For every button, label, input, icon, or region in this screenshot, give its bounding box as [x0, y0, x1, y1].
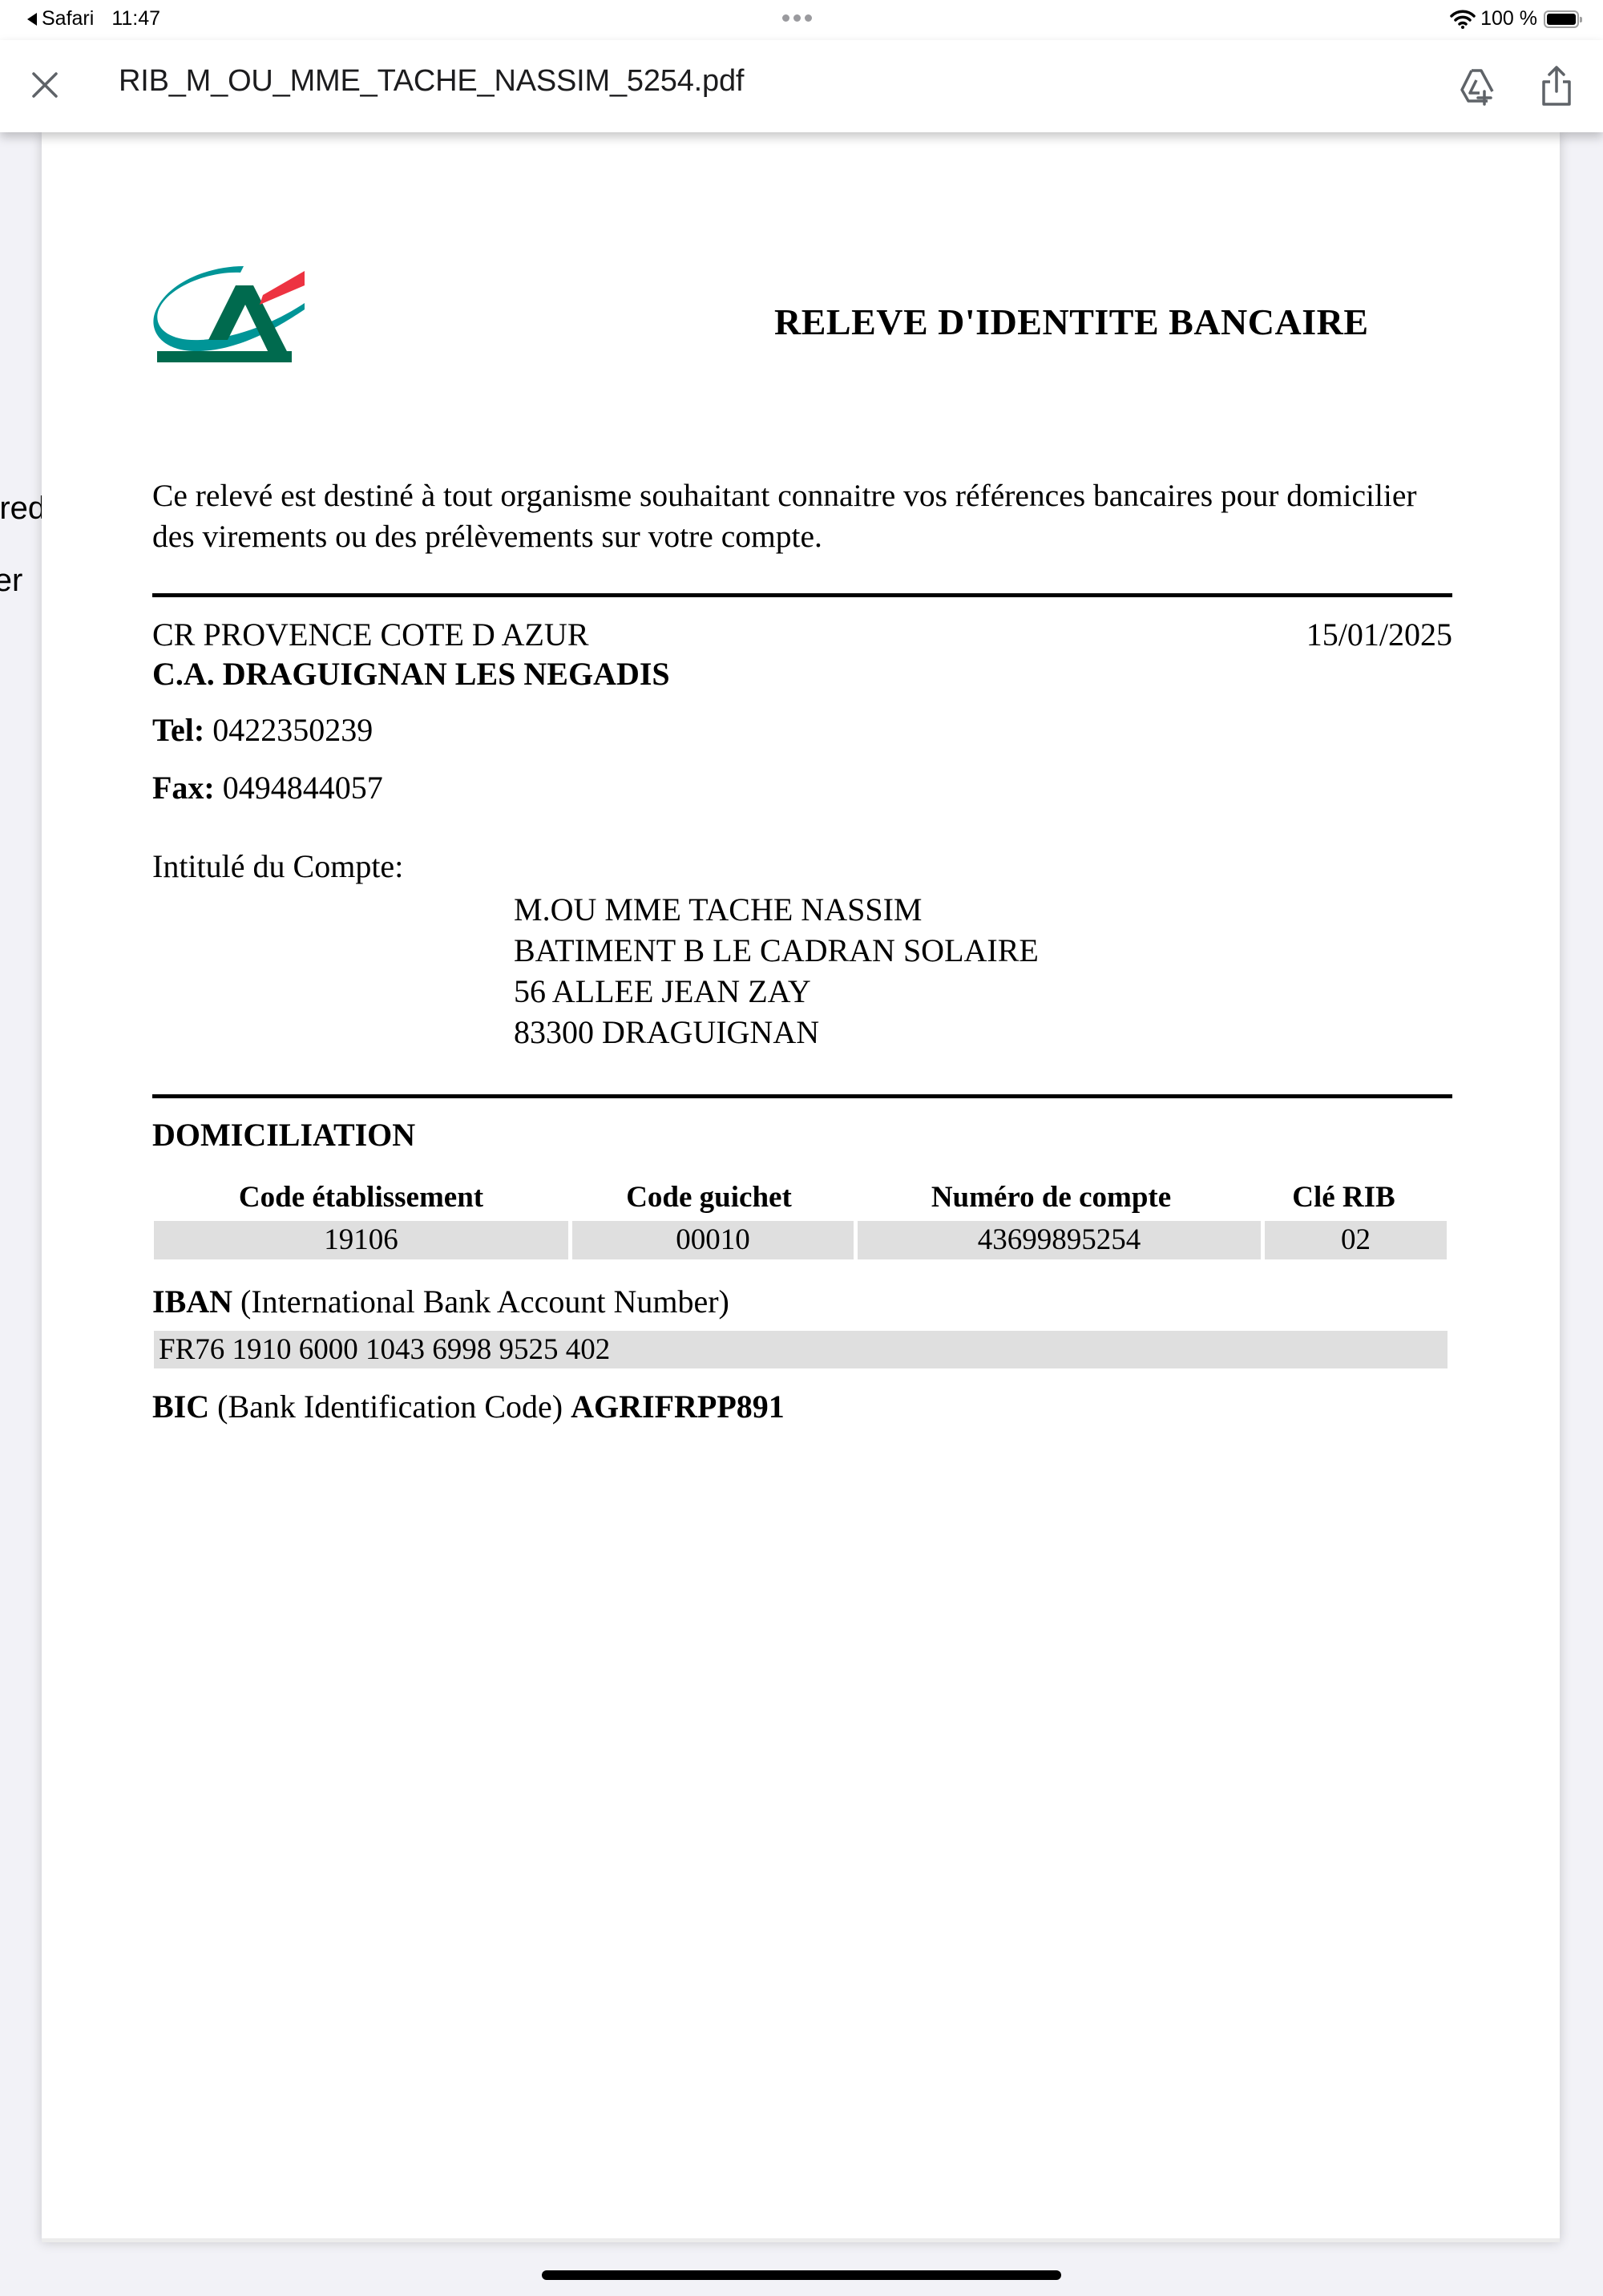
numero-compte-value: 43699895254: [858, 1221, 1261, 1259]
back-app-label[interactable]: Safari: [42, 7, 94, 30]
cle-rib-value: 02: [1265, 1221, 1447, 1259]
iban-description: (International Bank Account Number): [240, 1283, 729, 1320]
add-to-drive-icon[interactable]: [1457, 64, 1497, 109]
account-holder-label: Intitulé du Compte:: [152, 847, 403, 885]
iban-label: IBAN: [152, 1283, 232, 1320]
holder-name: M.OU MME TACHE NASSIM: [514, 889, 1039, 930]
wifi-icon: [1450, 10, 1476, 29]
fax-value: 0494844057: [223, 770, 383, 806]
fax-line: Fax: 0494844057: [152, 769, 383, 806]
bic-description: (Bank Identification Code): [217, 1389, 563, 1425]
iban-value: FR76 1910 6000 1043 6998 9525 402: [154, 1331, 1448, 1368]
bic-value: AGRIFRPP891: [571, 1389, 785, 1425]
document-filename: RIB_M_OU_MME_TACHE_NASSIM_5254.pdf: [119, 64, 744, 99]
branch-name: C.A. DRAGUIGNAN LES NEGADIS: [152, 655, 670, 693]
page-bottom-edge: [42, 2238, 1560, 2242]
status-right: 100 %: [1450, 7, 1579, 30]
status-left: Safari 11:47 Mercredi 15 janvier: [27, 7, 160, 30]
status-time: 11:47: [111, 7, 160, 30]
table-row: 19106 00010 43699895254 02: [154, 1221, 1451, 1259]
holder-address-line-2: 56 ALLEE JEAN ZAY: [514, 971, 1039, 1012]
document-date: 15/01/2025: [1306, 616, 1452, 653]
divider: [152, 593, 1452, 597]
regional-bank: CR PROVENCE COTE D AZUR: [152, 616, 589, 653]
battery-percent: 100 %: [1480, 7, 1537, 30]
col-numero-compte: Numéro de compte: [850, 1174, 1253, 1221]
intro-paragraph: Ce relevé est destiné à tout organisme s…: [152, 475, 1467, 557]
rib-table: Code établissement Code guichet Numéro d…: [154, 1174, 1451, 1259]
share-icon[interactable]: [1536, 64, 1577, 109]
col-cle-rib: Clé RIB: [1253, 1174, 1435, 1221]
bic-label: BIC: [152, 1389, 209, 1425]
col-code-guichet: Code guichet: [568, 1174, 850, 1221]
battery-icon: [1544, 10, 1579, 28]
pdf-page[interactable]: RELEVE D'IDENTITE BANCAIRE Ce relevé est…: [42, 132, 1560, 2242]
iban-label-line: IBAN (International Bank Account Number): [152, 1283, 729, 1320]
home-indicator[interactable]: [542, 2270, 1061, 2280]
tel-value: 0422350239: [212, 712, 373, 748]
pdf-viewer-toolbar: RIB_M_OU_MME_TACHE_NASSIM_5254.pdf: [0, 40, 1603, 132]
domiciliation-heading: DOMICILIATION: [152, 1116, 415, 1154]
tel-line: Tel: 0422350239: [152, 711, 373, 749]
tel-label: Tel:: [152, 712, 204, 748]
bic-line: BIC (Bank Identification Code) AGRIFRPP8…: [152, 1388, 785, 1425]
more-dots-icon[interactable]: [782, 14, 812, 22]
divider: [152, 1094, 1452, 1098]
credit-agricole-logo: [152, 263, 305, 369]
holder-address-line-3: 83300 DRAGUIGNAN: [514, 1012, 1039, 1053]
close-icon[interactable]: [30, 71, 59, 99]
code-guichet-value: 00010: [572, 1221, 854, 1259]
fax-label: Fax:: [152, 770, 215, 806]
document-title: RELEVE D'IDENTITE BANCAIRE: [774, 301, 1369, 343]
holder-address-line-1: BATIMENT B LE CADRAN SOLAIRE: [514, 930, 1039, 971]
account-holder-block: M.OU MME TACHE NASSIM BATIMENT B LE CADR…: [514, 889, 1039, 1053]
back-arrow-icon[interactable]: [27, 13, 37, 26]
status-bar: Safari 11:47 Mercredi 15 janvier 100 %: [0, 0, 1603, 40]
code-etablissement-value: 19106: [154, 1221, 568, 1259]
rib-table-header: Code établissement Code guichet Numéro d…: [154, 1174, 1451, 1221]
col-code-etablissement: Code établissement: [154, 1174, 568, 1221]
